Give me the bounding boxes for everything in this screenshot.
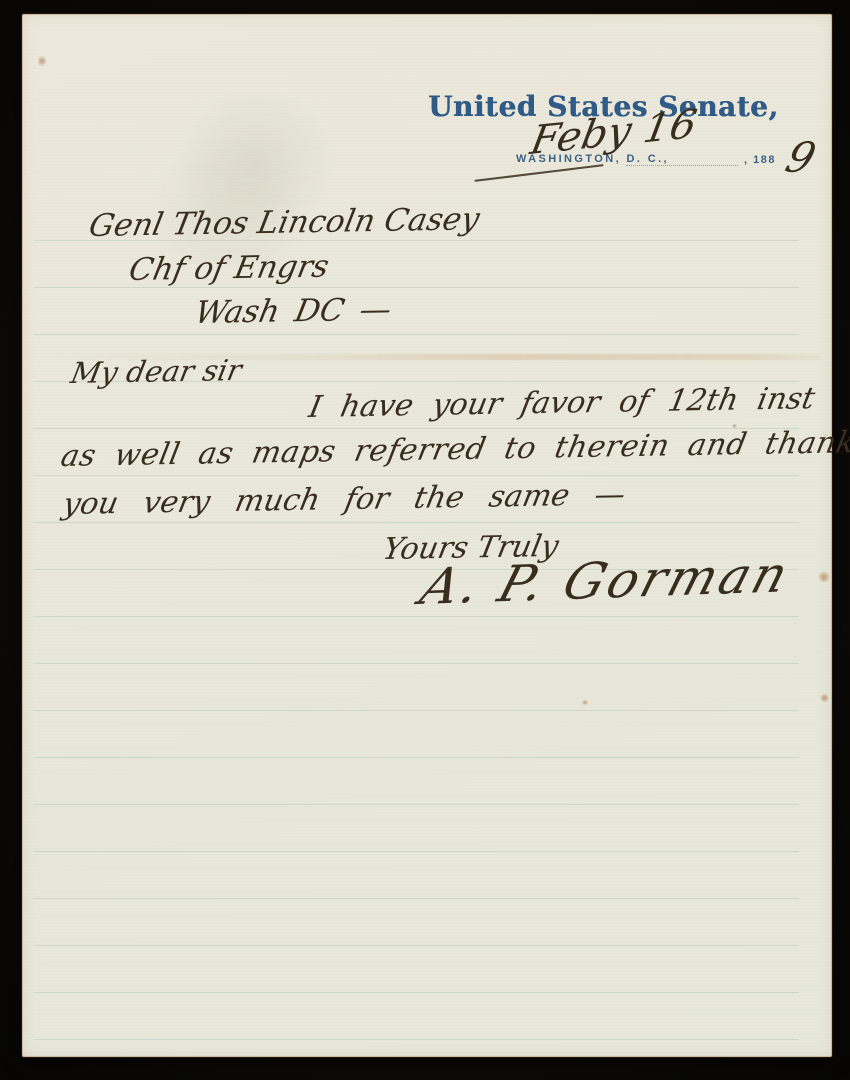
foxing-spot (818, 572, 830, 582)
photo-background: { "letter": { "letterhead": { "organizat… (0, 0, 850, 1080)
recipient-title-line: Chf of Engrs (126, 249, 332, 288)
foxing-spot (38, 54, 46, 68)
handwritten-year-digit: 9 (780, 132, 822, 183)
foxing-spot (820, 694, 829, 702)
foxing-spot (582, 700, 588, 705)
salutation: My dear sir (68, 353, 245, 390)
letterhead-dotted-date-line (626, 152, 738, 166)
letter-page: United States Senate, WASHINGTON, D. C.,… (22, 14, 832, 1057)
pen-flourish (474, 164, 603, 182)
recipient-name-line: Genl Thos Lincoln Casey (86, 201, 483, 244)
letterhead-year-prefix: , 188 (744, 154, 776, 166)
recipient-city-line: Wash DC — (192, 292, 395, 331)
